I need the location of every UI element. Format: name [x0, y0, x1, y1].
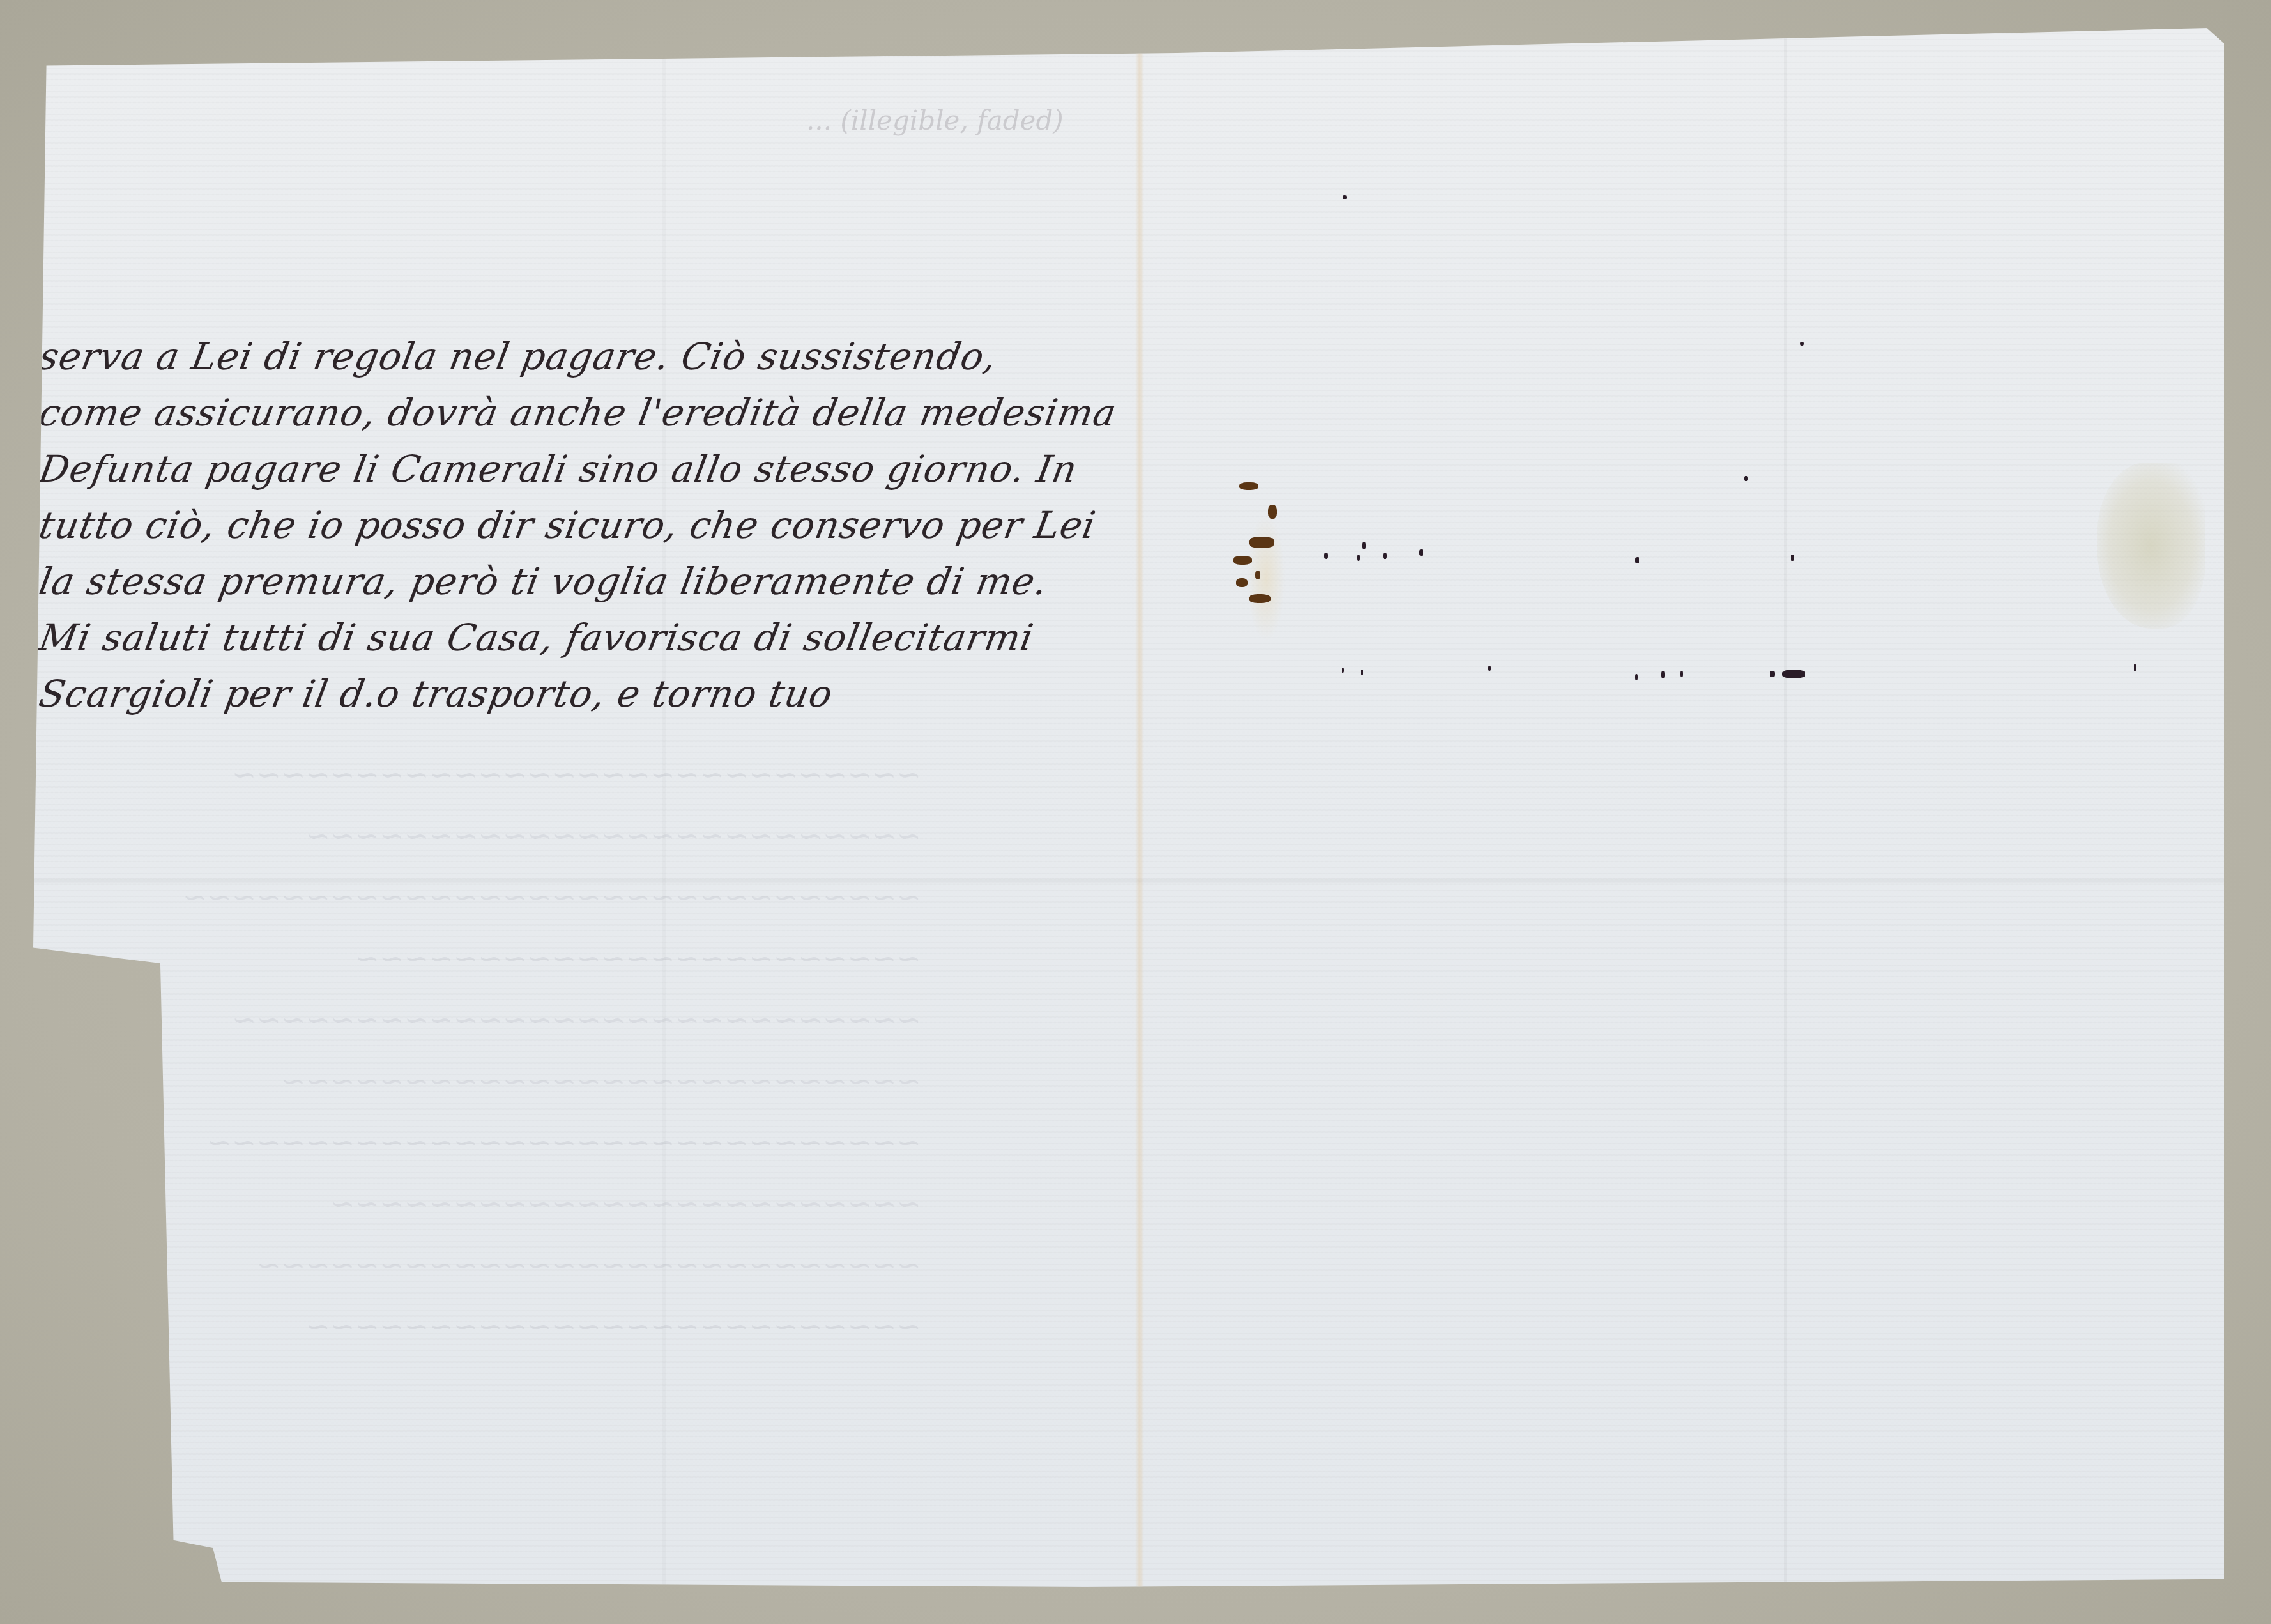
bleed-line: ~~~~~~~~~~~~~~~~~~~~~~~	[91, 928, 921, 989]
bleed-through-text: ~~~~~~~~~~~~~~~~~~~~~~~~~~~~ ~~~~~~~~~~~…	[91, 744, 921, 1357]
left-page: ... (illegible, faded) serva a Lei di re…	[33, 28, 1135, 1587]
ink-mark	[1383, 553, 1387, 559]
ink-mark	[1782, 670, 1805, 678]
right-page	[1145, 28, 2224, 1587]
ink-mark	[1324, 553, 1328, 559]
center-fold	[1135, 28, 1144, 1587]
ink-mark	[1488, 666, 1491, 671]
bleed-line: ~~~~~~~~~~~~~~~~~~~~~~~~~~~~~~	[91, 866, 921, 928]
bleed-line: ~~~~~~~~~~~~~~~~~~~~~~~~~	[91, 1296, 921, 1357]
ink-mark	[1236, 578, 1248, 587]
ink-mark	[2134, 664, 2136, 671]
ink-mark	[1249, 594, 1271, 603]
letter-sheet: ... (illegible, faded) serva a Lei di re…	[33, 28, 2224, 1587]
handwritten-line: tutto ciò, che io posso dir sicuro, che …	[34, 497, 1131, 553]
faint-header-text: ... (illegible, faded)	[806, 105, 1064, 136]
ink-mark	[1357, 555, 1360, 561]
ink-mark	[1268, 505, 1277, 519]
ink-mark	[1744, 476, 1748, 481]
ink-mark	[1770, 671, 1775, 677]
ink-mark	[1342, 668, 1344, 673]
handwritten-line: come assicurano, dovrà anche l'eredità d…	[34, 385, 1131, 441]
ink-mark	[1791, 555, 1794, 561]
seal-residue-stain	[2097, 463, 2205, 629]
ink-mark	[1239, 482, 1258, 490]
bleed-line: ~~~~~~~~~~~~~~~~~~~~~~~~~~	[91, 1050, 921, 1112]
bleed-line: ~~~~~~~~~~~~~~~~~~~~~~~~~~~~~	[91, 1112, 921, 1173]
handwritten-line: serva a Lei di regola nel pagare. Ciò su…	[34, 328, 1131, 385]
handwritten-line: Scargioli per il d.o trasporto, e torno …	[34, 666, 1131, 722]
handwritten-line: Defunta pagare li Camerali sino allo ste…	[34, 441, 1131, 497]
ink-mark	[1233, 556, 1252, 565]
handwritten-line: la stessa premura, però ti voglia libera…	[34, 553, 1131, 609]
handwritten-line: Mi saluti tutti di sua Casa, favorisca d…	[34, 609, 1131, 666]
ink-mark	[1362, 542, 1366, 549]
bleed-line: ~~~~~~~~~~~~~~~~~~~~~~~~~~~~	[91, 744, 921, 805]
wax-stain	[1247, 514, 1285, 641]
ink-mark	[1361, 670, 1363, 675]
ink-mark	[1343, 195, 1347, 199]
ink-mark	[1255, 571, 1260, 579]
ink-mark	[1635, 557, 1639, 563]
bleed-line: ~~~~~~~~~~~~~~~~~~~~~~~~~	[91, 805, 921, 866]
ink-mark	[1680, 671, 1683, 677]
ink-mark	[1635, 674, 1638, 680]
bleed-line: ~~~~~~~~~~~~~~~~~~~~~~~~~~~	[91, 1234, 921, 1296]
ink-mark	[1661, 671, 1665, 678]
ink-mark	[1800, 342, 1804, 346]
bleed-line: ~~~~~~~~~~~~~~~~~~~~~~~~~~~~	[91, 989, 921, 1050]
ink-mark	[1419, 549, 1423, 556]
letter-body: serva a Lei di regola nel pagare. Ciò su…	[40, 328, 1126, 722]
bleed-line: ~~~~~~~~~~~~~~~~~~~~~~~~	[91, 1173, 921, 1234]
ink-mark	[1249, 537, 1274, 548]
